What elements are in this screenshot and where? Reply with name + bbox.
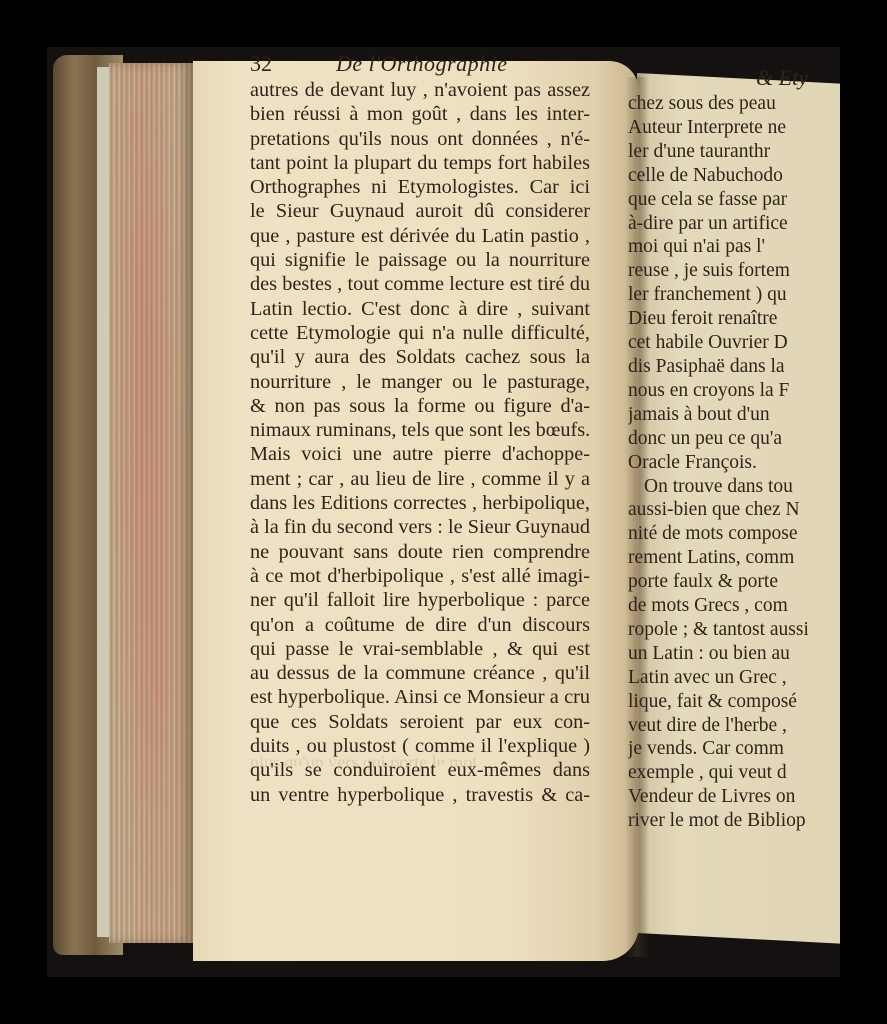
text-line: rement Latins, comm bbox=[628, 546, 808, 570]
left-running-head: 32 De l'Orthographie bbox=[250, 52, 590, 78]
text-line: moi qui n'ai pas l' bbox=[628, 235, 808, 259]
text-line: Orthographes ni Etymologistes. Car ici bbox=[250, 175, 590, 199]
text-line: chez sous des peau bbox=[628, 92, 808, 116]
right-page-text: & Ety chez sous des peauAuteur Interpret… bbox=[628, 66, 808, 833]
text-line: ne pouvant sans doute rien comprendre bbox=[250, 540, 590, 564]
text-line: ner qu'il falloit lire hyperbolique : pa… bbox=[250, 588, 590, 612]
text-line: Oracle François. bbox=[628, 451, 808, 475]
text-line: dans les Editions correctes , herbipoliq… bbox=[250, 491, 590, 515]
text-line: river le mot de Bibliop bbox=[628, 809, 808, 833]
text-line: porte faulx & porte bbox=[628, 570, 808, 594]
text-line: qu'on a coûtume de dire d'un discours bbox=[250, 613, 590, 637]
text-line: un ventre hyperbolique , travestis & ca- bbox=[250, 783, 590, 807]
text-line: bien réussi à mon goût , dans les inter- bbox=[250, 102, 590, 126]
text-line: que ces Soldats seroient par eux con- bbox=[250, 710, 590, 734]
text-line: un Latin : ou bien au bbox=[628, 642, 808, 666]
text-line: de mots Grecs , com bbox=[628, 594, 808, 618]
text-line: est hyperbolique. Ainsi ce Monsieur a cr… bbox=[250, 685, 590, 709]
text-line: je vends. Car comm bbox=[628, 737, 808, 761]
text-line: Vendeur de Livres on bbox=[628, 785, 808, 809]
right-page-body: chez sous des peauAuteur Interprete nele… bbox=[628, 92, 808, 833]
text-line: ropole ; & tantost aussi bbox=[628, 618, 808, 642]
text-line: nous en croyons la F bbox=[628, 379, 808, 403]
text-line: nourriture , le manger ou le pasturage, bbox=[250, 370, 590, 394]
text-line: le Sieur Guynaud auroit dû considerer bbox=[250, 199, 590, 223]
text-line: lique, fait & composé bbox=[628, 690, 808, 714]
text-line: ler d'une tauranthr bbox=[628, 140, 808, 164]
text-line: reuse , je suis fortem bbox=[628, 259, 808, 283]
text-line: Dieu feroit renaître bbox=[628, 307, 808, 331]
text-line: exemple , qui veut d bbox=[628, 761, 808, 785]
left-page-body: autres de devant luy , n'avoient pas ass… bbox=[250, 78, 590, 807]
text-line: au dessus de la commune créance , qu'il bbox=[250, 661, 590, 685]
text-line: cette Etymologie qui n'a nulle difficult… bbox=[250, 321, 590, 345]
text-line: Latin lectio. C'est donc à dire , suivan… bbox=[250, 297, 590, 321]
text-line: tant point la plupart du temps fort habi… bbox=[250, 151, 590, 175]
text-line: à la fin du second vers : le Sieur Guyna… bbox=[250, 515, 590, 539]
text-line: & non pas sous la forme ou figure d'a- bbox=[250, 394, 590, 418]
text-line: à-dire par un artifice bbox=[628, 212, 808, 236]
text-line: jamais à bout d'un bbox=[628, 403, 808, 427]
left-page-text: 32 De l'Orthographie autres de devant lu… bbox=[250, 52, 590, 807]
text-line: autres de devant luy , n'avoient pas ass… bbox=[250, 78, 590, 102]
text-line: celle de Nabuchodo bbox=[628, 164, 808, 188]
text-line: qui signifie le paissage ou la nourritur… bbox=[250, 248, 590, 272]
text-line: donc un peu ce qu'a bbox=[628, 427, 808, 451]
text-line: Auteur Interprete ne bbox=[628, 116, 808, 140]
text-line: ler franchement ) qu bbox=[628, 283, 808, 307]
text-line: cet habile Ouvrier D bbox=[628, 331, 808, 355]
text-line: pretations qu'ils nous ont données , n'é… bbox=[250, 127, 590, 151]
text-line: à ce mot d'herbipolique , s'est allé ima… bbox=[250, 564, 590, 588]
text-line: que cela se fasse par bbox=[628, 188, 808, 212]
text-line: qui passe le vrai-semblable , & qui est bbox=[250, 637, 590, 661]
text-line: veut dire de l'herbe , bbox=[628, 714, 808, 738]
running-head-title: De l'Orthographie bbox=[336, 52, 507, 78]
text-line: On trouve dans tou bbox=[628, 475, 808, 499]
page-stack-edge bbox=[109, 63, 193, 943]
text-line: Latin avec un Grec , bbox=[628, 666, 808, 690]
text-line: des bestes , tout comme lecture est tiré… bbox=[250, 272, 590, 296]
text-line: ment ; car , au lieu de lire , comme il … bbox=[250, 467, 590, 491]
text-line: dis Pasiphaë dans la bbox=[628, 355, 808, 379]
text-line: Mais voici une autre pierre d'achoppe- bbox=[250, 442, 590, 466]
text-line: aussi-bien que chez N bbox=[628, 498, 808, 522]
text-line: nité de mots compose bbox=[628, 522, 808, 546]
text-line: qu'il y aura des Soldats cachez sous la bbox=[250, 345, 590, 369]
page-number: 32 bbox=[250, 52, 336, 78]
text-line: que , pasture est dérivée du Latin pasti… bbox=[250, 224, 590, 248]
text-line: nimaux ruminans, tels que sont les bœufs… bbox=[250, 418, 590, 442]
right-running-head: & Ety bbox=[628, 66, 808, 92]
bleed-through-text: plus qu'un vers qui porte le mot bbox=[250, 752, 580, 766]
